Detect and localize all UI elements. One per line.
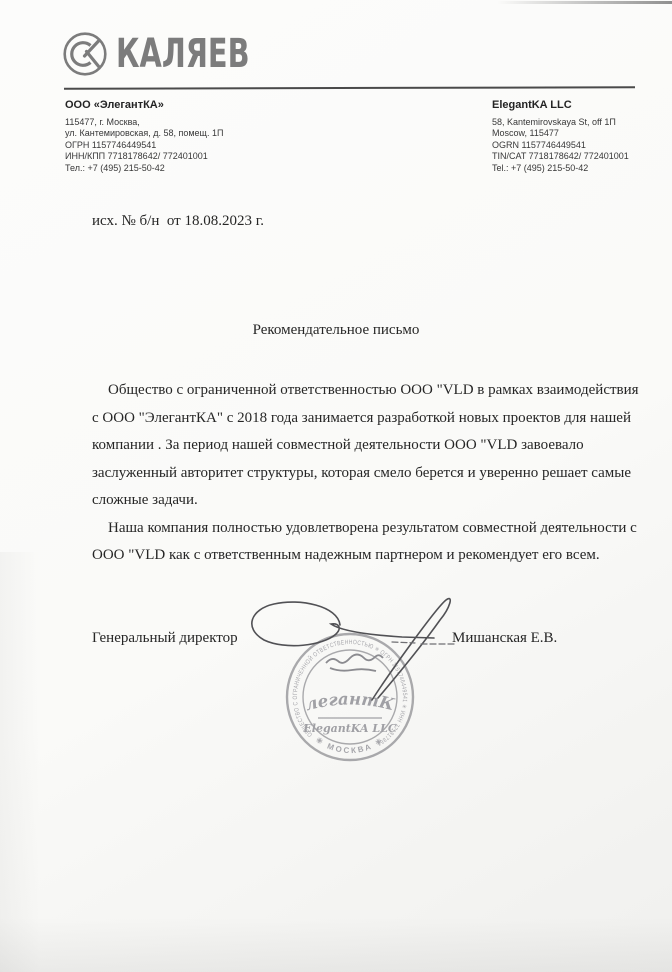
company-stamp: ОБЩЕСТВО С ОГРАНИЧЕННОЙ ОТВЕТСТВЕННОСТЬЮ… [230,580,470,792]
stamp-graphic: ОБЩЕСТВО С ОГРАНИЧЕННОЙ ОТВЕТСТВЕННОСТЬЮ… [230,580,413,760]
letter-title: Рекомендательное письмо [0,322,672,339]
address-line: ул. Кантемировская, д. 58, помещ. 1П [65,128,295,140]
stamp-center-name-en: ElegantKA LLC [302,722,396,735]
signatory-name: Мишанская Е.В. [452,630,557,647]
company-name-ru: ООО «ЭлегантКА» [65,100,295,112]
reference-number-line: исх. № б/н от 18.08.2023 г. [92,213,264,230]
handwritten-signature [252,599,454,700]
address-line: TIN/CAT 7718178642/ 772401001 [492,151,657,163]
scan-shadow-bottom [0,917,672,972]
address-block-ru: ООО «ЭлегантКА» 115477, г. Москва, ул. К… [65,100,295,174]
company-logo: КАЛЯЕВ [62,31,302,77]
stamp-and-signature: ОБЩЕСТВО С ОГРАНИЧЕННОЙ ОТВЕТСТВЕННОСТЬЮ… [230,580,470,792]
address-line: ИНН/КПП 7718178642/ 772401001 [65,151,295,163]
signature-flourish-stroke [372,599,450,700]
address-line: 58, Kantemirovskaya St, off 1П [492,117,657,129]
body-paragraph-2: Наша компания полностью удовлетворена ре… [92,515,648,570]
address-block-en: ElegantKA LLC 58, Kantemirovskaya St, of… [492,100,657,174]
kalyaev-k-circle-icon [62,31,108,77]
address-line: Moscow, 115477 [492,128,657,140]
address-line: OGRN 1157746449541 [492,140,657,152]
signature-loop-stroke [252,602,434,646]
letterhead-divider [64,86,635,89]
signature-dash-stroke [392,642,454,644]
letter-body: Общество с ограниченной ответственностью… [92,377,648,570]
scan-edge-artifact [497,1,672,4]
address-line: 115477, г. Москва, [65,117,295,129]
address-line: Tel.: +7 (495) 215-50-42 [492,163,657,175]
brand-name: КАЛЯЕВ [116,34,250,74]
signatory-position: Генеральный директор [92,630,238,647]
stamp-ring-text: ОБЩЕСТВО С ОГРАНИЧЕННОЙ ОТВЕТСТВЕННОСТЬЮ… [230,580,408,747]
stamp-center-name: «ЭлегантКА» [230,580,397,714]
company-name-en: ElegantKA LLC [492,100,657,112]
scanned-letter-page: КАЛЯЕВ ООО «ЭлегантКА» 115477, г. Москва… [0,0,672,972]
body-paragraph-1: Общество с ограниченной ответственностью… [92,377,648,515]
address-line: Тел.: +7 (495) 215-50-42 [65,163,295,175]
scan-shadow-left [0,552,40,972]
address-line: ОГРН 1157746449541 [65,140,295,152]
stamp-inner-scribble [326,655,383,672]
stamp-city-text: ✳ МОСКВА ✳ [314,735,386,755]
